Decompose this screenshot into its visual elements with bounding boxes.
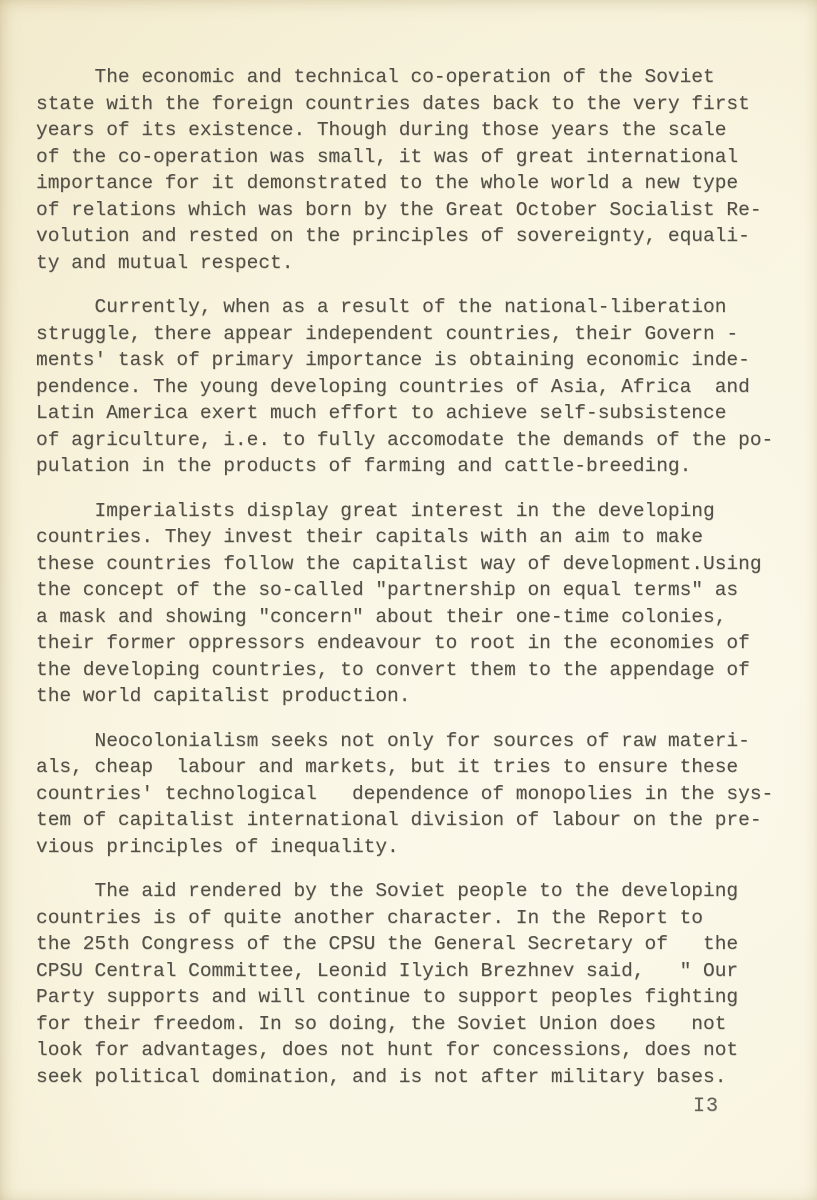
paragraph: Neocolonialism seeks not only for source… xyxy=(36,728,796,861)
page-number: I3 xyxy=(693,1094,719,1120)
page-text: The economic and technical co-operation … xyxy=(36,64,796,1108)
paragraph: The aid rendered by the Soviet people to… xyxy=(36,878,796,1090)
paragraph: Currently, when as a result of the natio… xyxy=(36,294,796,480)
paragraph: The economic and technical co-operation … xyxy=(36,64,796,276)
scanned-document-page: The economic and technical co-operation … xyxy=(0,0,817,1200)
paragraph: Imperialists display great interest in t… xyxy=(36,498,796,710)
